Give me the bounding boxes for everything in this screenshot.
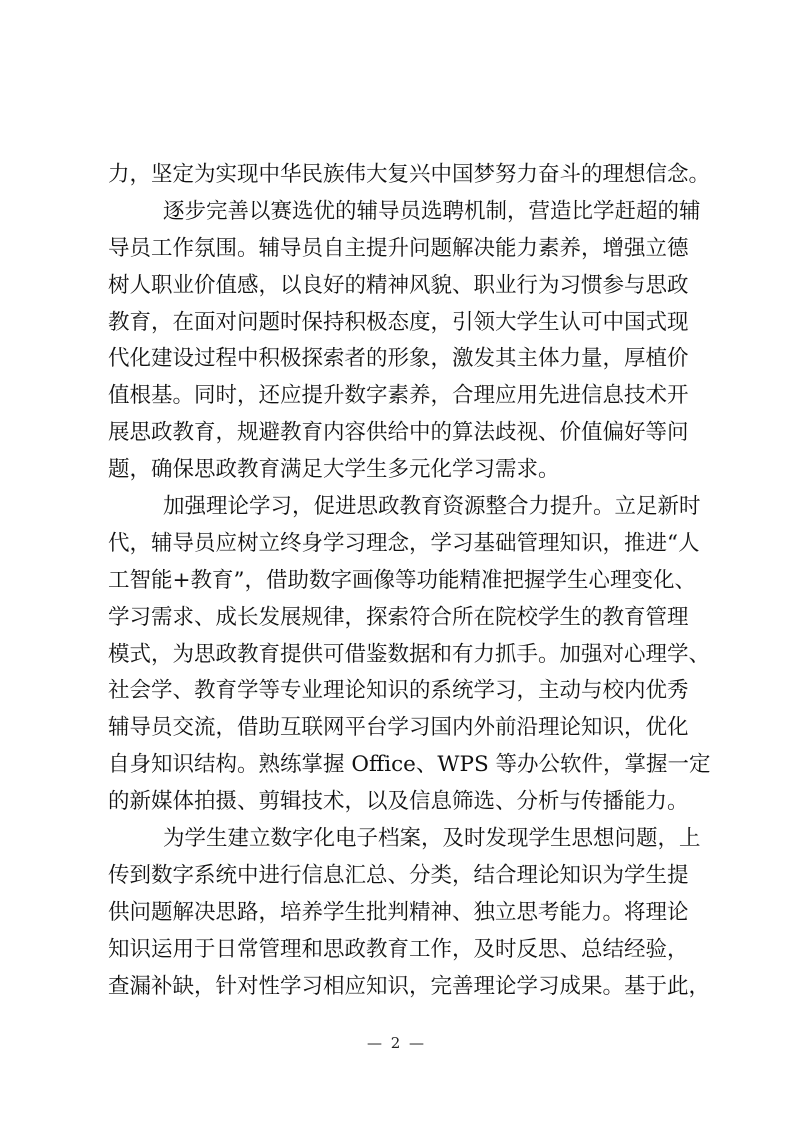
text-line: 学习需求、成长发展规律，探索符合所在院校学生的教育管理 — [108, 600, 688, 637]
text-line: 力，坚定为实现中华民族伟大复兴中国梦努力奋斗的理想信念。 — [108, 157, 688, 194]
text-line: 自身知识结构。熟练掌握 Office、WPS 等办公软件，掌握一定 — [108, 747, 688, 784]
document-page: 力，坚定为实现中华民族伟大复兴中国梦努力奋斗的理想信念。 逐步完善以赛选优的辅导… — [0, 0, 793, 1122]
text-line: 教育，在面对问题时保持积极态度，引领大学生认可中国式现 — [108, 305, 688, 342]
text-line: 代化建设过程中积极探索者的形象，激发其主体力量，厚植价 — [108, 341, 688, 378]
text-line: 查漏补缺，针对性学习相应知识，完善理论学习成果。基于此， — [108, 969, 688, 1006]
paragraph-start-line: 为学生建立数字化电子档案，及时发现学生思想问题，上 — [108, 821, 688, 858]
text-line: 代，辅导员应树立终身学习理念，学习基础管理知识，推进“人 — [108, 526, 688, 563]
text-line: 知识运用于日常管理和思政教育工作，及时反思、总结经验， — [108, 932, 688, 969]
text-line: 树人职业价值感，以良好的精神风貌、职业行为习惯参与思政 — [108, 268, 688, 305]
text-line: 导员工作氛围。辅导员自主提升问题解决能力素养，增强立德 — [108, 231, 688, 268]
text-line: 供问题解决思路，培养学生批判精神、独立思考能力。将理论 — [108, 895, 688, 932]
text-line: 社会学、教育学等专业理论知识的系统学习，主动与校内优秀 — [108, 673, 688, 710]
text-line: 辅导员交流，借助互联网平台学习国内外前沿理论知识，优化 — [108, 710, 688, 747]
text-line: 传到数字系统中进行信息汇总、分类，结合理论知识为学生提 — [108, 858, 688, 895]
text-line: 值根基。同时，还应提升数字素养，合理应用先进信息技术开 — [108, 378, 688, 415]
text-line: 工智能+教育”，借助数字画像等功能精准把握学生心理变化、 — [108, 563, 688, 600]
text-line: 的新媒体拍摄、剪辑技术，以及信息筛选、分析与传播能力。 — [108, 784, 688, 821]
paragraph-start-line: 逐步完善以赛选优的辅导员选聘机制，营造比学赶超的辅 — [108, 194, 688, 231]
paragraph-start-line: 加强理论学习，促进思政教育资源整合力提升。立足新时 — [108, 489, 688, 526]
body-text: 力，坚定为实现中华民族伟大复兴中国梦努力奋斗的理想信念。 逐步完善以赛选优的辅导… — [108, 157, 688, 1005]
page-number: — 2 — — [0, 1034, 793, 1052]
text-line: 模式，为思政教育提供可借鉴数据和有力抓手。加强对心理学、 — [108, 637, 688, 674]
text-line: 展思政教育，规避教育内容供给中的算法歧视、价值偏好等问 — [108, 415, 688, 452]
text-line: 题，确保思政教育满足大学生多元化学习需求。 — [108, 452, 688, 489]
